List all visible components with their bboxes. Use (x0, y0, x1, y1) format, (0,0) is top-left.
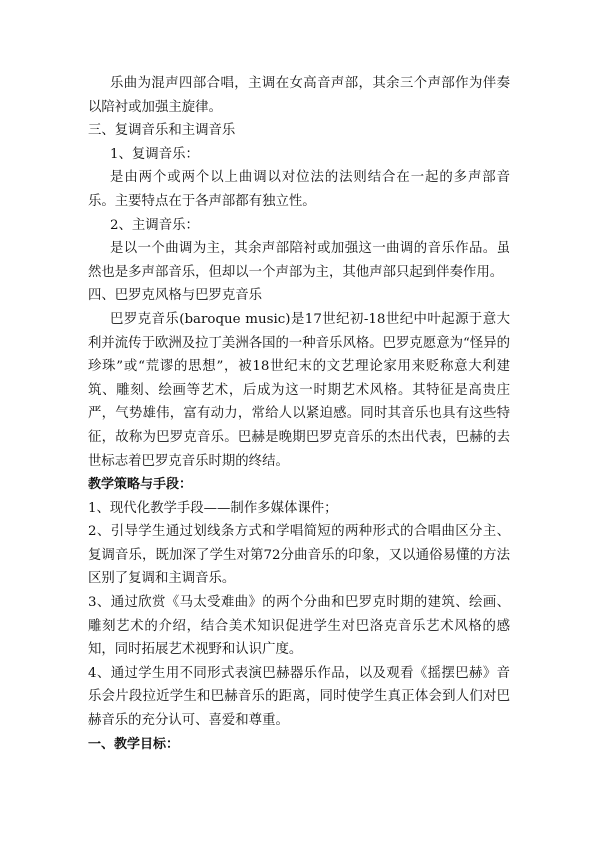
paragraph-chorus-description: 乐曲为混声四部合唱，主调在女高音声部，其余三个声部作为伴奏以陪衬或加强主旋律。 (88, 72, 510, 119)
paragraph-homophonic-definition: 是以一个曲调为主，其余声部陪衬或加强这一曲调的音乐作品。虽然也是多声部音乐，但却… (88, 237, 510, 284)
heading-teaching-goals: 一、教学目标： (88, 733, 510, 757)
heading-baroque: 四、巴罗克风格与巴罗克音乐 (88, 284, 510, 308)
strategy-item-4: 4、通过学生用不同形式表演巴赫器乐作品，以及观看《摇摆巴赫》音乐会片段拉近学生和… (88, 662, 510, 733)
heading-polyphony-homophony: 三、复调音乐和主调音乐 (88, 119, 510, 143)
strategy-item-1: 1、现代化教学手段——制作多媒体课件； (88, 497, 510, 521)
subheading-homophonic-music: 2、主调音乐： (88, 214, 510, 238)
paragraph-polyphonic-definition: 是由两个或两个以上曲调以对位法的法则结合在一起的多声部音乐。主要特点在于各声部都… (88, 166, 510, 213)
paragraph-baroque-music: 巴罗克音乐(baroque music)是17世纪初-18世纪中叶起源于意大利并… (88, 308, 510, 473)
subheading-polyphonic-music: 1、复调音乐： (88, 143, 510, 167)
strategy-item-2: 2、引导学生通过划线条方式和学唱简短的两种形式的合唱曲区分主、复调音乐，既加深了… (88, 520, 510, 591)
strategy-item-3: 3、通过欣赏《马太受难曲》的两个分曲和巴罗克时期的建筑、绘画、雕刻艺术的介绍，结… (88, 591, 510, 662)
heading-teaching-strategy: 教学策略与手段： (88, 473, 510, 497)
document-page: 乐曲为混声四部合唱，主调在女高音声部，其余三个声部作为伴奏以陪衬或加强主旋律。 … (88, 72, 510, 756)
